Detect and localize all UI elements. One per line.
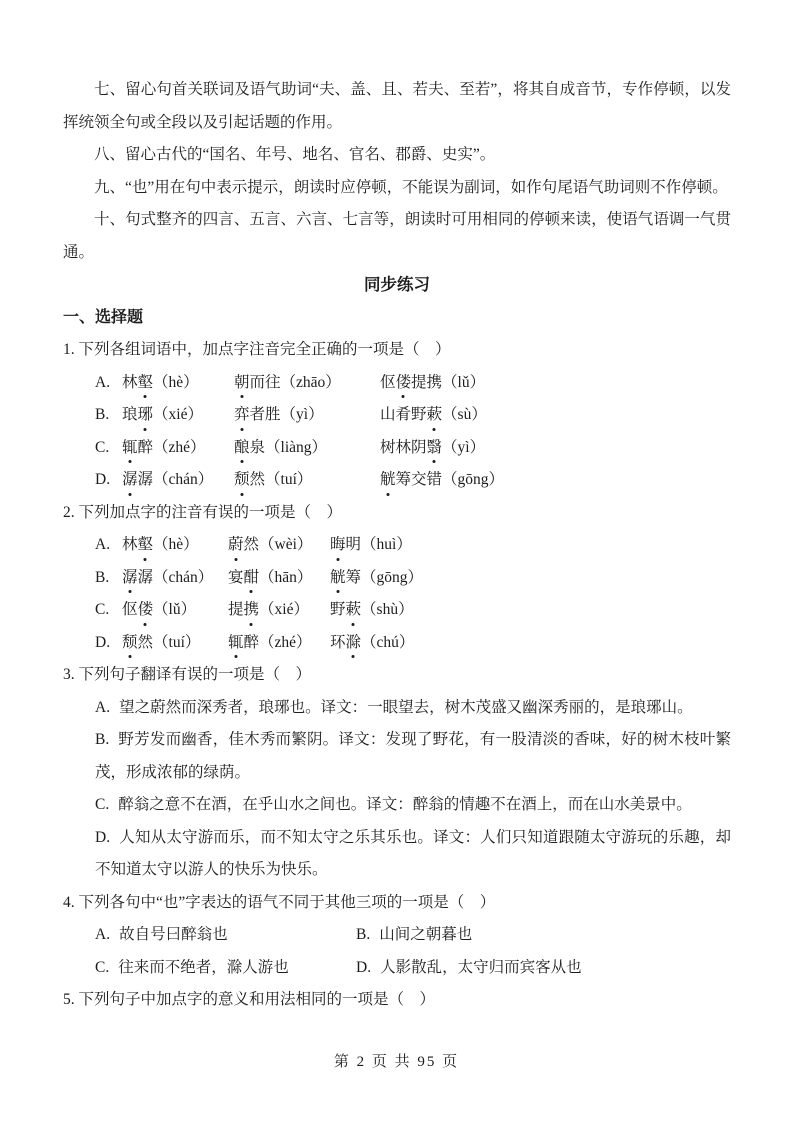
- option-label: D.: [95, 627, 122, 660]
- question-2-option-c: C. 伛偻（lǔ） 提携（xié） 野蔌（shù）: [63, 594, 731, 627]
- question-4-option-d: D.人影散乱，太守归而宾客从也: [356, 952, 731, 985]
- option-label: A.: [95, 699, 110, 716]
- option-label: B.: [95, 731, 109, 748]
- option-text: 望之蔚然而深秀者，琅琊也。译文：一眼望去，树木茂盛又幽深秀丽的，是琅琊山。: [119, 699, 693, 716]
- section-title: 同步练习: [63, 269, 731, 302]
- question-3-option-d: D.人知从太守游而乐，而不知太守之乐其乐也。译文：人们只知道跟随太守游玩的乐趣，…: [63, 822, 731, 887]
- option-word-group: 酿泉（liàng）: [234, 432, 380, 465]
- question-3-option-a: A.望之蔚然而深秀者，琅琊也。译文：一眼望去，树木茂盛又幽深秀丽的，是琅琊山。: [63, 692, 731, 725]
- option-word-group: 宴酣（hān）: [228, 562, 330, 595]
- option-text: 山间之朝暮也: [379, 926, 472, 943]
- intro-paragraph: 九、“也”用在句中表示提示，朗读时应停顿，不能误为副词，如作句尾语气助词则不作停…: [63, 172, 731, 205]
- option-text: 野芳发而幽香，佳木秀而繁阴。译文：发现了野花，有一股清淡的香味，好的树木枝叶繁茂…: [95, 731, 731, 781]
- option-word-group: 伛偻（lǔ）: [122, 594, 228, 627]
- option-word-group: 蔚然（wèi）: [228, 529, 330, 562]
- option-word-group: 弈者胜（yì）: [234, 399, 380, 432]
- intro-paragraph: 七、留心句首关联词及语气助词“夫、盖、且、若夫、至若”，将其自成音节，专作停顿，…: [63, 74, 731, 139]
- subsection-title: 一、选择题: [63, 302, 731, 335]
- question-1-option-d: D. 潺潺（chán） 颓然（tuí） 觥筹交错（gōng）: [63, 464, 731, 497]
- option-label: C.: [95, 959, 109, 976]
- option-label: A.: [95, 529, 122, 562]
- question-2-option-d: D. 颓然（tuí） 辄醉（zhé） 环滁（chú）: [63, 627, 731, 660]
- option-word-group: 晦明（huì）: [330, 529, 731, 562]
- option-text: 人知从太守游而乐，而不知太守之乐其乐也。译文：人们只知道跟随太守游玩的乐趣，却不…: [95, 829, 731, 879]
- question-2-stem: 2. 下列加点字的注音有误的一项是（ ）: [63, 497, 731, 530]
- option-label: C.: [95, 796, 109, 813]
- option-label: B.: [356, 926, 370, 943]
- option-word-group: 辄醉（zhé）: [122, 432, 234, 465]
- question-4-options-row-2: C.往来而不绝者，滁人游也 D.人影散乱，太守归而宾客从也: [63, 952, 731, 985]
- option-word-group: 树林阴翳（yì）: [380, 432, 731, 465]
- option-label: D.: [95, 829, 110, 846]
- page-content: 七、留心句首关联词及语气助词“夫、盖、且、若夫、至若”，将其自成音节，专作停顿，…: [63, 74, 731, 1017]
- option-word-group: 辄醉（zhé）: [228, 627, 330, 660]
- option-label: C.: [95, 432, 122, 465]
- option-word-group: 琅琊（xié）: [122, 399, 234, 432]
- question-3-stem: 3. 下列句子翻译有误的一项是（ ）: [63, 659, 731, 692]
- option-word-group: 环滁（chú）: [330, 627, 731, 660]
- option-word-group: 山肴野蔌（sù）: [380, 399, 731, 432]
- option-word-group: 潺潺（chán）: [122, 464, 234, 497]
- option-word-group: 潺潺（chán）: [122, 562, 228, 595]
- question-3-option-c: C.醉翁之意不在酒，在乎山水之间也。译文：醉翁的情趣不在酒上，而在山水美景中。: [63, 789, 731, 822]
- option-text: 往来而不绝者，滁人游也: [118, 959, 289, 976]
- option-label: A.: [95, 367, 122, 400]
- question-4-stem: 4. 下列各句中“也”字表达的语气不同于其他三项的一项是（ ）: [63, 887, 731, 920]
- question-1-option-a: A. 林壑（hè） 朝而往（zhāo） 伛偻提携（lǔ）: [63, 367, 731, 400]
- option-label: B.: [95, 562, 122, 595]
- option-word-group: 提携（xié）: [228, 594, 330, 627]
- question-3-option-b: B.野芳发而幽香，佳木秀而繁阴。译文：发现了野花，有一股清淡的香味，好的树木枝叶…: [63, 724, 731, 789]
- option-word-group: 觥筹（gōng）: [330, 562, 731, 595]
- option-label: A.: [95, 926, 110, 943]
- option-text: 故自号曰醉翁也: [119, 926, 228, 943]
- question-5-stem: 5. 下列句子中加点字的意义和用法相同的一项是（ ）: [63, 984, 731, 1017]
- page-footer: 第 2 页 共 95 页: [0, 1046, 793, 1079]
- question-4-options-row-1: A.故自号曰醉翁也 B.山间之朝暮也: [63, 919, 731, 952]
- question-2-option-a: A. 林壑（hè） 蔚然（wèi） 晦明（huì）: [63, 529, 731, 562]
- option-word-group: 野蔌（shù）: [330, 594, 731, 627]
- question-4-option-b: B.山间之朝暮也: [356, 919, 731, 952]
- intro-paragraph: 十、句式整齐的四言、五言、六言、七言等，朗读时可用相同的停顿来读，使语气语调一气…: [63, 204, 731, 269]
- option-word-group: 林壑（hè）: [122, 367, 234, 400]
- question-4-option-c: C.往来而不绝者，滁人游也: [95, 952, 356, 985]
- option-word-group: 伛偻提携（lǔ）: [380, 367, 731, 400]
- question-4-option-a: A.故自号曰醉翁也: [95, 919, 356, 952]
- option-text: 人影散乱，太守归而宾客从也: [380, 959, 582, 976]
- question-1-option-b: B. 琅琊（xié） 弈者胜（yì） 山肴野蔌（sù）: [63, 399, 731, 432]
- option-word-group: 朝而往（zhāo）: [234, 367, 380, 400]
- option-word-group: 颓然（tuí）: [122, 627, 228, 660]
- option-label: D.: [356, 959, 371, 976]
- question-2-option-b: B. 潺潺（chán） 宴酣（hān） 觥筹（gōng）: [63, 562, 731, 595]
- question-1-stem: 1. 下列各组词语中，加点字注音完全正确的一项是（ ）: [63, 334, 731, 367]
- option-word-group: 觥筹交错（gōng）: [380, 464, 731, 497]
- option-label: C.: [95, 594, 122, 627]
- option-word-group: 颓然（tuí）: [234, 464, 380, 497]
- option-label: D.: [95, 464, 122, 497]
- option-text: 醉翁之意不在酒，在乎山水之间也。译文：醉翁的情趣不在酒上，而在山水美景中。: [118, 796, 692, 813]
- question-1-option-c: C. 辄醉（zhé） 酿泉（liàng） 树林阴翳（yì）: [63, 432, 731, 465]
- option-word-group: 林壑（hè）: [122, 529, 228, 562]
- option-label: B.: [95, 399, 122, 432]
- intro-paragraph: 八、留心古代的“国名、年号、地名、官名、郡爵、史实”。: [63, 139, 731, 172]
